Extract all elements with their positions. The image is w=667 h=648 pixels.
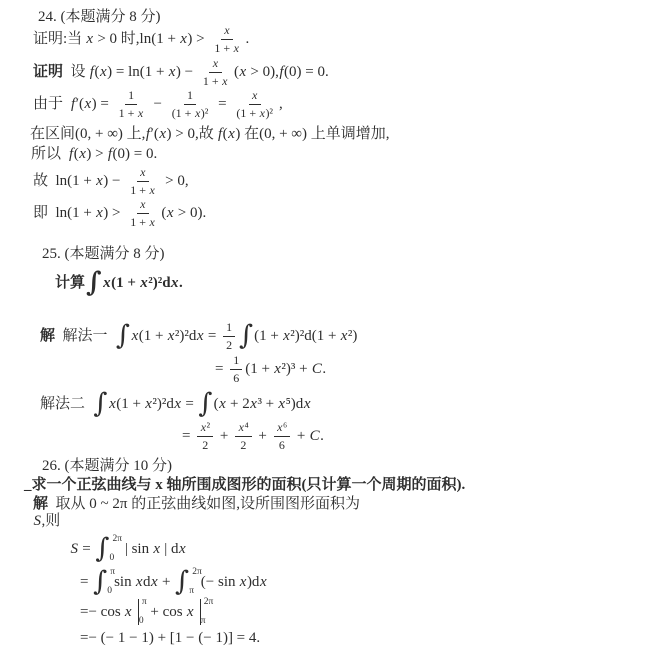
problem-26-result-line: =− (− 1 − 1) + [1 − (− 1)] = 4.	[80, 627, 260, 648]
problem-26-solution-intro: 解 取从 0 ~ 2π 的正弦曲线如图,设所围图形面积为	[33, 493, 360, 515]
problem-25-method-1-line-2: = 16(1 + x²)³ + C.	[215, 352, 326, 386]
problem-26-integral-line-1: S = ∫2π0 | sin x | dx	[70, 532, 186, 566]
problem-25-number: 25. (本题满分 8 分)	[42, 243, 165, 265]
problem-25-statement: 计算∫x(1 + x²)²dx.	[55, 266, 183, 300]
problem-25-method-2-line-2: = x²2 + x⁴2 + x⁶6 + C.	[182, 419, 324, 453]
problem-24-proof-setup: 证明 设 f(x) = ln(1 + x) − x1 + x(x > 0),f(…	[33, 55, 329, 89]
problem-24-conclusion-line-2: 即 ln(1 + x) > x1 + x(x > 0).	[33, 196, 206, 230]
problem-25-method-2-line-1: 解法二 ∫x(1 + x²)²dx = ∫(x + 2x³ + x⁵)dx	[40, 387, 311, 421]
problem-24-monotonic-line: 在区间(0, + ∞) 上,f′(x) > 0,故 f(x) 在(0, + ∞)…	[30, 123, 389, 145]
problem-24-derivative-line: 由于 f′(x) = 11 + x − 1(1 + x)² = x(1 + x)…	[33, 87, 283, 121]
problem-25-method-1-line-1: 解 解法一 ∫x(1 + x²)²dx = 12∫(1 + x²)²d(1 + …	[40, 319, 357, 353]
problem-24-conclusion-line-1: 故 ln(1 + x) − x1 + x > 0,	[33, 164, 189, 198]
problem-24-inequality-line: 所以 f(x) > f(0) = 0.	[31, 143, 157, 165]
problem-24-statement: 证明:当 x > 0 时,ln(1 + x) > x1 + x.	[33, 22, 249, 56]
textbook-page: 24. (本题满分 8 分) 证明:当 x > 0 时,ln(1 + x) > …	[0, 0, 667, 648]
problem-26-integral-line-2: = ∫π0sin xdx + ∫2ππ(− sin x)dx	[80, 565, 267, 599]
problem-26-solution-s-line: S,则	[33, 510, 60, 532]
problem-26-integral-line-3: =− cos x π0 + cos x 2ππ	[80, 595, 213, 629]
